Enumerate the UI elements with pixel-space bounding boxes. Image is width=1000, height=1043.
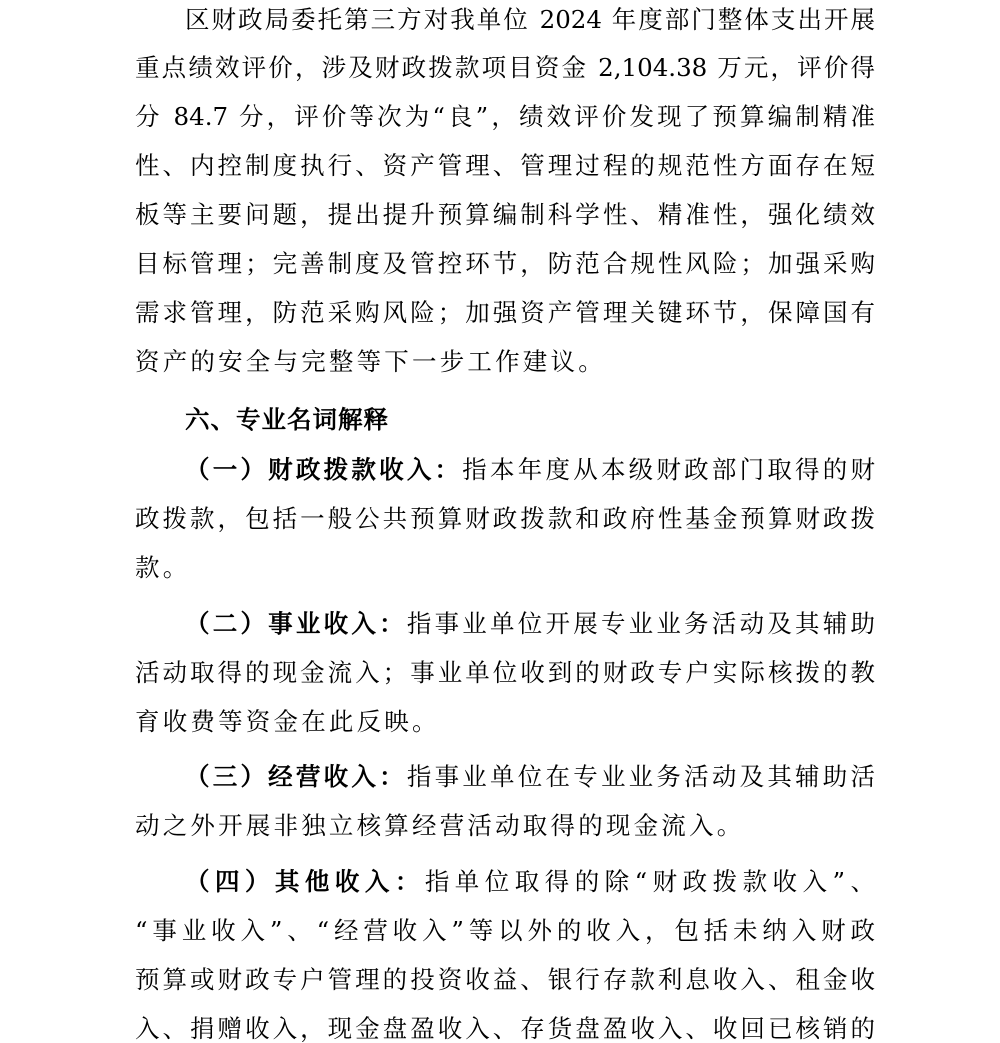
paragraph-line: 板等主要问题，提出提升预算编制科学性、精准性，强化绩效 [135, 195, 875, 235]
term-definition-line: 动之外开展非独立核算经营活动取得的现金流入。 [135, 806, 744, 846]
section-heading: 六、专业名词解释 [185, 400, 389, 440]
paragraph-line: 性、内控制度执行、资产管理、管理过程的规范性方面存在短 [135, 146, 875, 186]
paragraph-line: 重点绩效评价，涉及财政拨款项目资金 2,104.38 万元，评价得 [135, 48, 875, 88]
paragraph-line: 分 84.7 分，评价等次为“良”，绩效评价发现了预算编制精准 [135, 97, 875, 137]
term-text: 指本年度从本级财政部门取得的财 [462, 455, 875, 484]
paragraph-line: 区财政局委托第三方对我单位 2024 年度部门整体支出开展 [185, 0, 875, 40]
term-label: （一）财政拨款收入： [185, 455, 462, 484]
term-text: 指事业单位在专业业务活动及其辅助活 [407, 762, 875, 791]
paragraph-line: 资产的安全与完整等下一步工作建议。 [135, 342, 606, 382]
term-definition-line: 活动取得的现金流入；事业单位收到的财政专户实际核拨的教 [135, 653, 875, 693]
term-definition-line: “事业收入”、“经营收入”等以外的收入，包括未纳入财政 [135, 911, 875, 951]
term-label: （二）事业收入： [185, 609, 407, 638]
term-definition-line: （三）经营收入：指事业单位在专业业务活动及其辅助活 [185, 757, 875, 797]
term-text: 指事业单位开展专业业务活动及其辅助 [407, 609, 875, 638]
term-definition-line: 款。 [135, 548, 190, 588]
term-definition-line: （一）财政拨款收入：指本年度从本级财政部门取得的财 [185, 450, 875, 490]
term-definition-line: 入、捐赠收入，现金盘盈收入、存货盘盈收入、收回已核销的 [135, 1009, 875, 1043]
term-definition-line: 政拨款，包括一般公共预算财政拨款和政府性基金预算财政拨 [135, 499, 875, 539]
term-text: 指单位取得的除“财政拨款收入”、 [425, 867, 875, 896]
term-definition-line: 预算或财政专户管理的投资收益、银行存款利息收入、租金收 [135, 960, 875, 1000]
paragraph-line: 目标管理；完善制度及管控环节，防范合规性风险；加强采购 [135, 244, 875, 284]
term-definition-line: 育收费等资金在此反映。 [135, 702, 440, 742]
term-label: （四）其他收入： [185, 867, 425, 896]
term-label: （三）经营收入： [185, 762, 407, 791]
paragraph-line: 需求管理，防范采购风险；加强资产管理关键环节，保障国有 [135, 293, 875, 333]
term-definition-line: （四）其他收入：指单位取得的除“财政拨款收入”、 [185, 862, 875, 902]
term-definition-line: （二）事业收入：指事业单位开展专业业务活动及其辅助 [185, 604, 875, 644]
